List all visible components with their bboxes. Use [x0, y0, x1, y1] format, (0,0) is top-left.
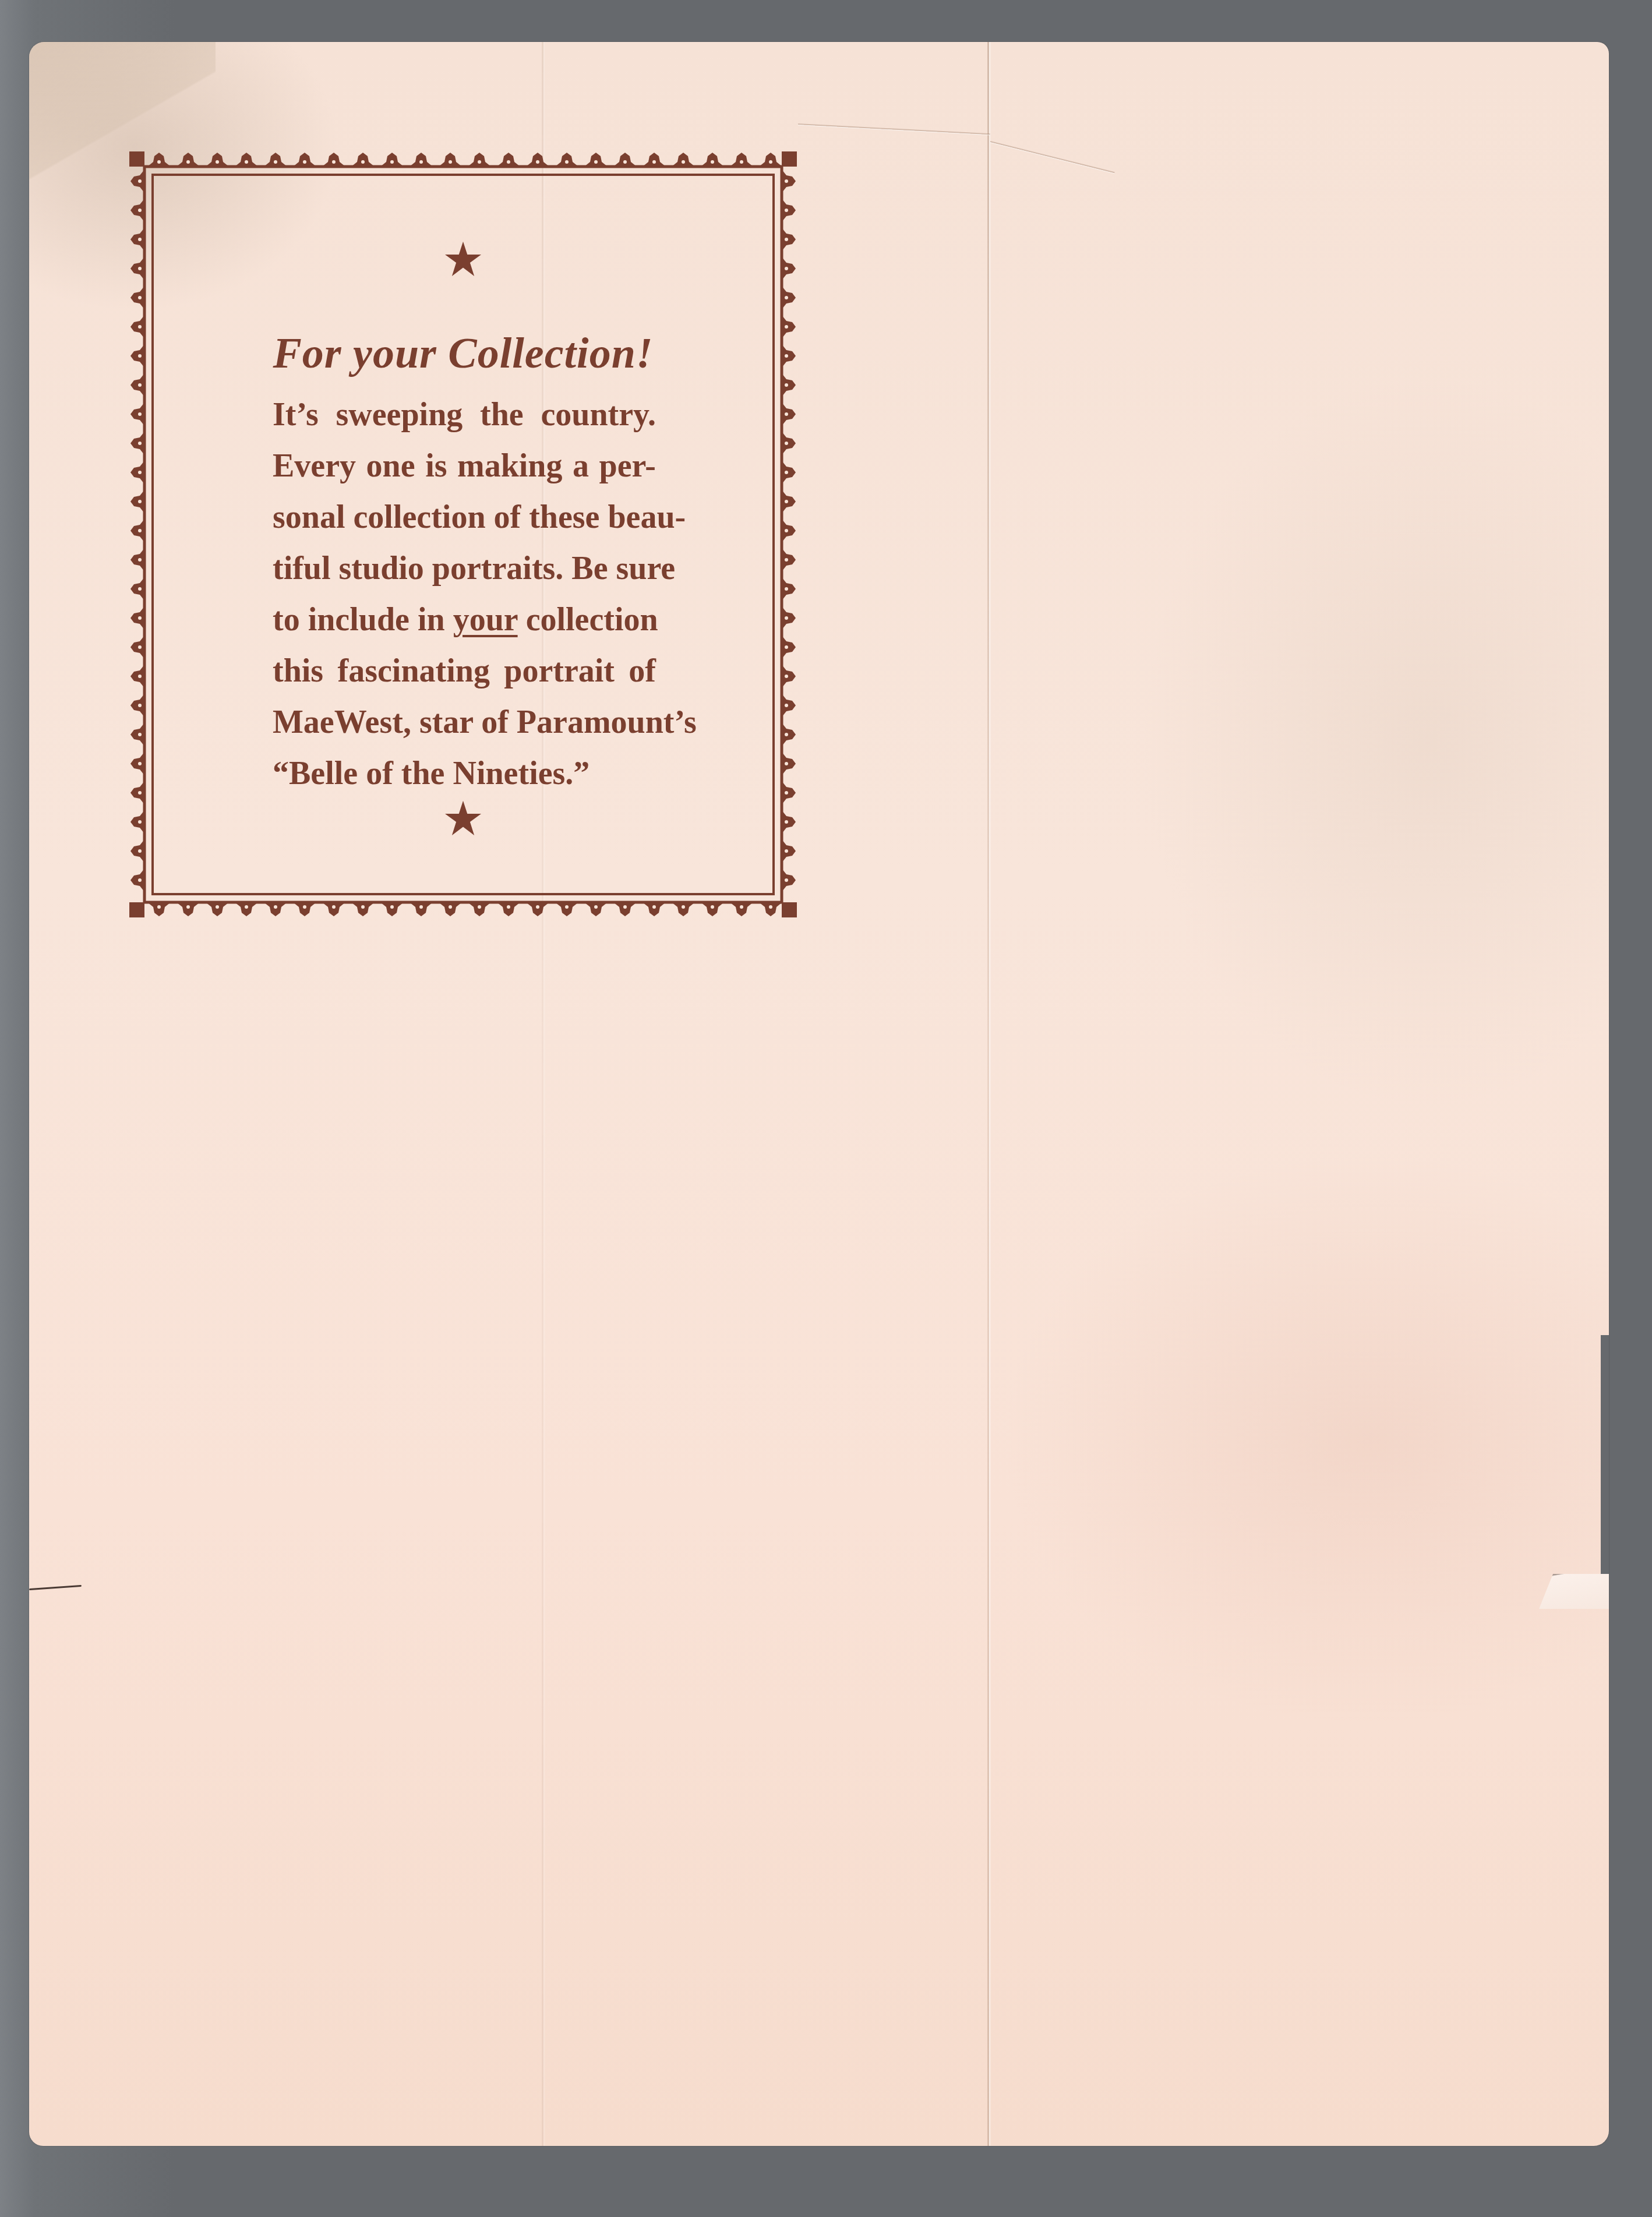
- body-line: tiful studio portraits. Be sure: [273, 543, 656, 594]
- body-line: this fascinating portrait of: [273, 645, 656, 697]
- body-text-fragment: to include in: [273, 602, 453, 638]
- edge-notch: [1601, 1335, 1609, 1580]
- ad-body-text: It’s sweeping the country. Every one is …: [273, 389, 656, 799]
- body-line: MaeWest, star of Paramount’s: [273, 697, 656, 748]
- star-icon: [444, 799, 482, 838]
- edge-tear: [1539, 1574, 1609, 1609]
- body-line: Every one is making a per-: [273, 440, 656, 492]
- paper-sheet: For your Collection! It’s sweeping the c…: [29, 42, 1609, 2146]
- paper-crack: [990, 141, 1115, 173]
- body-text-fragment: collection: [518, 602, 658, 638]
- body-line: It’s sweeping the country.: [273, 389, 656, 440]
- star-icon: [444, 240, 482, 278]
- body-line: “Belle of the Nineties.”: [273, 748, 656, 799]
- collection-ad-box: For your Collection! It’s sweeping the c…: [129, 151, 797, 917]
- ad-heading: For your Collection!: [129, 329, 797, 379]
- underlined-emphasis: your: [453, 602, 518, 638]
- body-line: sonal collection of these beau-: [273, 492, 656, 543]
- vertical-fold-crease: [987, 42, 989, 2146]
- paper-crack: [798, 123, 990, 135]
- edge-tear: [29, 1585, 82, 1590]
- body-line-with-emphasis: to include in your collection: [273, 594, 656, 645]
